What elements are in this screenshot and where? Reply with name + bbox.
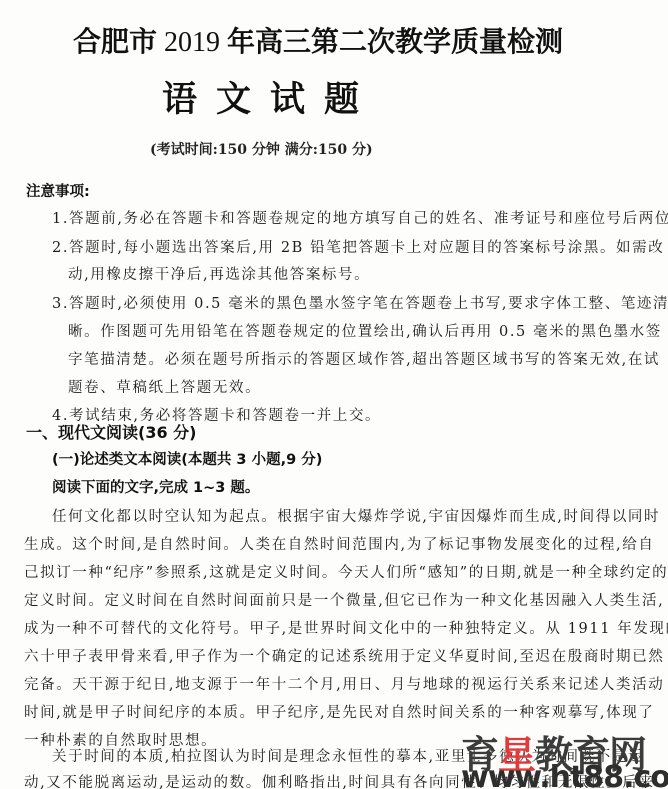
subsection-title: (一)论述类文本阅读(本题共 3 小题,9 分) (52, 448, 322, 469)
passage-line: 定义时间。定义时间在自然时间面前只是一个微量,但它已作为一种文化基因融入人类生活… (24, 589, 664, 610)
school-suffix: 年高三第二次教学质量检测 (227, 25, 563, 58)
passage-line: 己拟订一种“纪序”参照系,这就是定义时间。今天人们所“感知”的日期,就是一种全球… (24, 561, 668, 582)
notice-line-3: 动,用橡皮擦干净后,再选涂其他答案标号。 (68, 263, 370, 284)
passage-line: 时间,就是甲子时间纪序的本质。甲子纪序,是先民对自然时间关系的一种客观摹写,体现… (24, 701, 654, 722)
notice-line-7: 题卷、草稿纸上答题无效。 (68, 376, 261, 397)
passage-line: 完备。天干源于纪日,地支源于一年十二个月,用日、月与地球的视运行关系来记述人类活… (24, 673, 664, 694)
passage-line: 成为一种不可替代的文化符号。甲子,是世界时间文化中的一种独特定义。从 1911 … (24, 617, 668, 638)
passage-line: 生成。这个时间,是自然时间。人类在自然时间范围内,为了标记事物发展变化的过程,给… (24, 533, 654, 554)
watermark-url: www.ht88.com (461, 760, 668, 789)
school-prefix: 合肥市 (73, 25, 157, 58)
subject-title: 语文试题 (162, 72, 378, 122)
section-title: 一、现代文阅读(36 分) (26, 420, 196, 443)
notice-title: 注意事项: (26, 180, 90, 201)
notice-line-5: 晰。作图题可先用铅笔在答题卷规定的位置绘出,确认后再用 0.5 毫米的黑色墨水签 (68, 320, 662, 341)
exam-year: 2019 (157, 27, 227, 58)
notice-line-1: 1.答题前,务必在答题卡和答题卷规定的地方填写自己的姓名、准考证号和座位号后两位… (52, 207, 668, 228)
reading-instruction: 阅读下面的文字,完成 1~3 题。 (52, 476, 259, 497)
notice-line-6: 字笔描清楚。必须在题号所指示的答题区域作答,超出答题区域书写的答案无效,在试 (68, 348, 660, 369)
site-watermark: 育星教育网 www.ht88.com (455, 724, 668, 789)
notice-line-4: 3.答题时,必须使用 0.5 毫米的黑色墨水签字笔在答题卷上书写,要求字体工整、… (52, 292, 668, 313)
passage-line: 六十甲子表甲骨来看,甲子作为一个确定的记述系统用于定义华夏时间,至迟在殷商时期已… (24, 645, 664, 666)
exam-header: 合肥市 2019 年高三第二次教学质量检测 (73, 20, 563, 60)
exam-meta: (考试时间:150 分钟 满分:150 分) (150, 139, 373, 159)
notice-line-2: 2.答题时,每小题选出答案后,用 2B 铅笔把答题卡上对应题目的答案标号涂黑。如… (52, 236, 664, 257)
passage-line: 任何文化都以时空认知为起点。根据宇宙大爆炸学说,宇宙因爆炸而生成,时间得以同时 (52, 505, 660, 526)
